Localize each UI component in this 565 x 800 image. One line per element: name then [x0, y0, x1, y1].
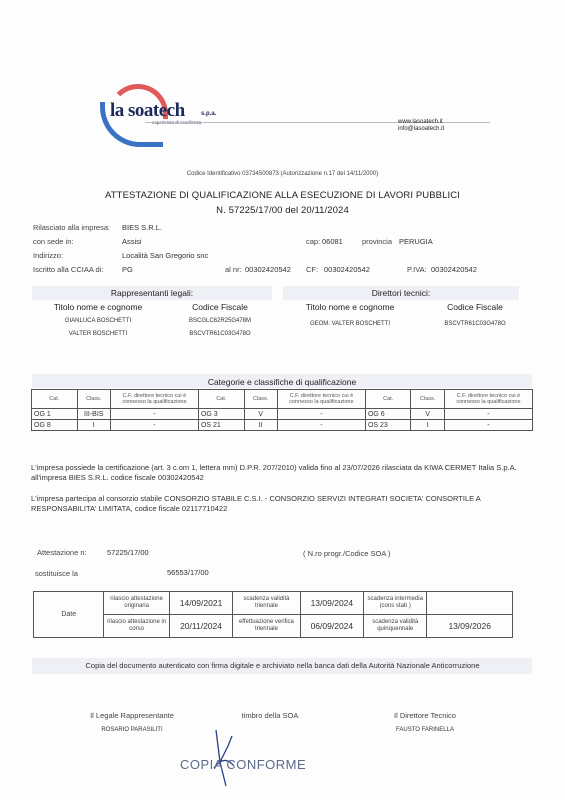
- class-cell: V: [411, 409, 444, 420]
- representatives-col-name: Titolo nome e cognome: [38, 302, 158, 312]
- representative-name: GIANLUCA BOSCHETTI: [38, 318, 158, 324]
- rilasciato-value: BIES S.R.L.: [122, 223, 162, 232]
- rilasciato-label: Rilasciato alla impresa:: [33, 223, 110, 232]
- scadenza-triennale-value: 13/09/2024: [300, 592, 363, 615]
- col-cf: C.F. direttore tecnico cui è connesso la…: [444, 390, 532, 409]
- provincia-label: provincia: [362, 237, 392, 246]
- cat-cell: OG 3: [198, 409, 244, 420]
- alnr-label: al nr:: [225, 265, 242, 274]
- dates-label: Date: [34, 592, 104, 638]
- table-row: OG 1 III-BIS - OG 3 V - OG 6 V -: [32, 409, 533, 420]
- email-link[interactable]: info@lasoatech.it: [398, 126, 444, 133]
- col-cf: C.F. direttore tecnico cui è connesso la…: [110, 390, 198, 409]
- stamp-label: timbro della SOA: [230, 711, 310, 720]
- cf-cell: -: [277, 409, 365, 420]
- class-cell: V: [244, 409, 277, 420]
- cf-label: CF:: [306, 265, 318, 274]
- scadenza-quinquennale-value: 13/09/2026: [427, 615, 513, 638]
- provincia-value: PERUGIA: [399, 237, 433, 246]
- representatives-col-cf: Codice Fiscale: [165, 302, 275, 312]
- director-signature-name: FAUSTO FARINELLA: [370, 727, 480, 733]
- certification-paragraph: L'impresa possiede la certificazione (ar…: [31, 463, 536, 483]
- cap-label: cap:: [306, 237, 320, 246]
- cf-value: 00302420542: [324, 265, 370, 274]
- cf-cell: -: [277, 420, 365, 431]
- dates-table: Date rilascio attestazione originaria 14…: [33, 591, 513, 638]
- soatech-logo: la soatech s.p.a. esperienza di eccellen…: [100, 98, 210, 148]
- cat-cell: OS 23: [365, 420, 411, 431]
- director-label: Il Direttore Tecnico: [370, 711, 480, 720]
- class-cell: I: [77, 420, 110, 431]
- cat-cell: OG 8: [32, 420, 78, 431]
- representative-cf: BSCVTR61C03G478O: [165, 331, 275, 337]
- piva-value: 00302420542: [431, 265, 477, 274]
- sede-label: con sede in:: [33, 237, 73, 246]
- indirizzo-label: Indirizzo:: [33, 251, 63, 260]
- table-row: OG 8 I - OS 21 II - OS 23 I -: [32, 420, 533, 431]
- alnr-value: 00302420542: [245, 265, 291, 274]
- sede-value: Assisi: [122, 237, 142, 246]
- replaces-label: sostituisce la: [35, 569, 78, 578]
- attestation-label: Attestazione n:: [37, 548, 87, 557]
- representative-name: VALTER BOSCHETTI: [38, 331, 158, 337]
- cciaa-label: Iscritto alla CCIAA di:: [33, 265, 103, 274]
- representatives-title: Rappresentanti legali:: [32, 288, 272, 298]
- logo-name: la soatech: [110, 100, 185, 122]
- col-cat: Cat.: [365, 390, 411, 409]
- categories-header-row: Cat. Class. C.F. direttore tecnico cui è…: [32, 390, 533, 409]
- logo-suffix: s.p.a.: [201, 111, 216, 117]
- rilascio-originaria-label: rilascio attestazione originaria: [104, 592, 169, 615]
- cat-cell: OS 21: [198, 420, 244, 431]
- attestation-value: 57225/17/00: [107, 548, 149, 557]
- class-cell: III-BIS: [77, 409, 110, 420]
- col-class: Class.: [411, 390, 444, 409]
- table-row: Date rilascio attestazione originaria 14…: [34, 592, 513, 615]
- cf-cell: -: [444, 420, 532, 431]
- cciaa-value: PG: [122, 265, 133, 274]
- categories-title: Categorie e classifiche di qualificazion…: [32, 377, 532, 387]
- director-name: GEOM. VALTER BOSCHETTI: [290, 321, 410, 327]
- table-row: rilascio attestazione in corso 20/11/202…: [34, 615, 513, 638]
- verifica-triennale-value: 06/09/2024: [300, 615, 363, 638]
- col-cat: Cat.: [32, 390, 78, 409]
- contact-info: www.lasoatech.it info@lasoatech.it: [398, 119, 444, 133]
- col-cf: C.F. direttore tecnico cui è connesso la…: [277, 390, 365, 409]
- representative-cf: BSCGLC62R25G478M: [165, 318, 275, 324]
- col-class: Class.: [77, 390, 110, 409]
- class-cell: II: [244, 420, 277, 431]
- scadenza-intermedia-label: scadenza intermedia (cons stab ): [364, 592, 427, 615]
- directors-title: Direttori tecnici:: [283, 288, 519, 298]
- consortium-paragraph: L'impresa partecipa al consorzio stabile…: [31, 494, 536, 514]
- attestation-note: ( N.ro progr./Codice SOA ): [303, 549, 391, 558]
- piva-label: P.IVA:: [407, 265, 427, 274]
- legal-rep-name: ROSARIO PARASILITI: [77, 727, 187, 733]
- copia-conforme-stamp: COPIA CONFORME: [180, 757, 306, 772]
- verifica-triennale-label: effettuazione verifica triennale: [233, 615, 300, 638]
- legal-rep-label: Il Legale Rappresentante: [77, 711, 187, 720]
- col-class: Class.: [244, 390, 277, 409]
- director-cf: BSCVTR61C03G478O: [420, 321, 530, 327]
- codice-identificativo: Codice Identificativo 03734500873 (Autor…: [0, 171, 565, 177]
- directors-col-name: Titolo nome e cognome: [290, 302, 410, 312]
- class-cell: I: [411, 420, 444, 431]
- scadenza-triennale-label: scadenza validità triennale: [233, 592, 300, 615]
- replaces-value: 56553/17/00: [167, 568, 209, 577]
- directors-col-cf: Codice Fiscale: [420, 302, 530, 312]
- indirizzo-value: Località San Gregorio snc: [122, 251, 208, 260]
- rilascio-corso-label: rilascio attestazione in corso: [104, 615, 169, 638]
- cf-cell: -: [444, 409, 532, 420]
- cap-value: 06081: [322, 237, 343, 246]
- footer-note: Copia del documento autenticato con firm…: [0, 661, 565, 670]
- scadenza-quinquennale-label: scadenza validità quinquennale: [364, 615, 427, 638]
- col-cat: Cat.: [198, 390, 244, 409]
- cat-cell: OG 1: [32, 409, 78, 420]
- rilascio-corso-value: 20/11/2024: [169, 615, 232, 638]
- website-link[interactable]: www.lasoatech.it: [398, 119, 444, 126]
- cat-cell: OG 6: [365, 409, 411, 420]
- cf-cell: -: [110, 409, 198, 420]
- rilascio-originaria-value: 14/09/2021: [169, 592, 232, 615]
- categories-table: Cat. Class. C.F. direttore tecnico cui è…: [31, 389, 533, 431]
- scadenza-intermedia-value: [427, 592, 513, 615]
- document-number: N. 57225/17/00 del 20/11/2024: [0, 205, 565, 216]
- document-title: ATTESTAZIONE DI QUALIFICAZIONE ALLA ESEC…: [0, 190, 565, 201]
- cf-cell: -: [110, 420, 198, 431]
